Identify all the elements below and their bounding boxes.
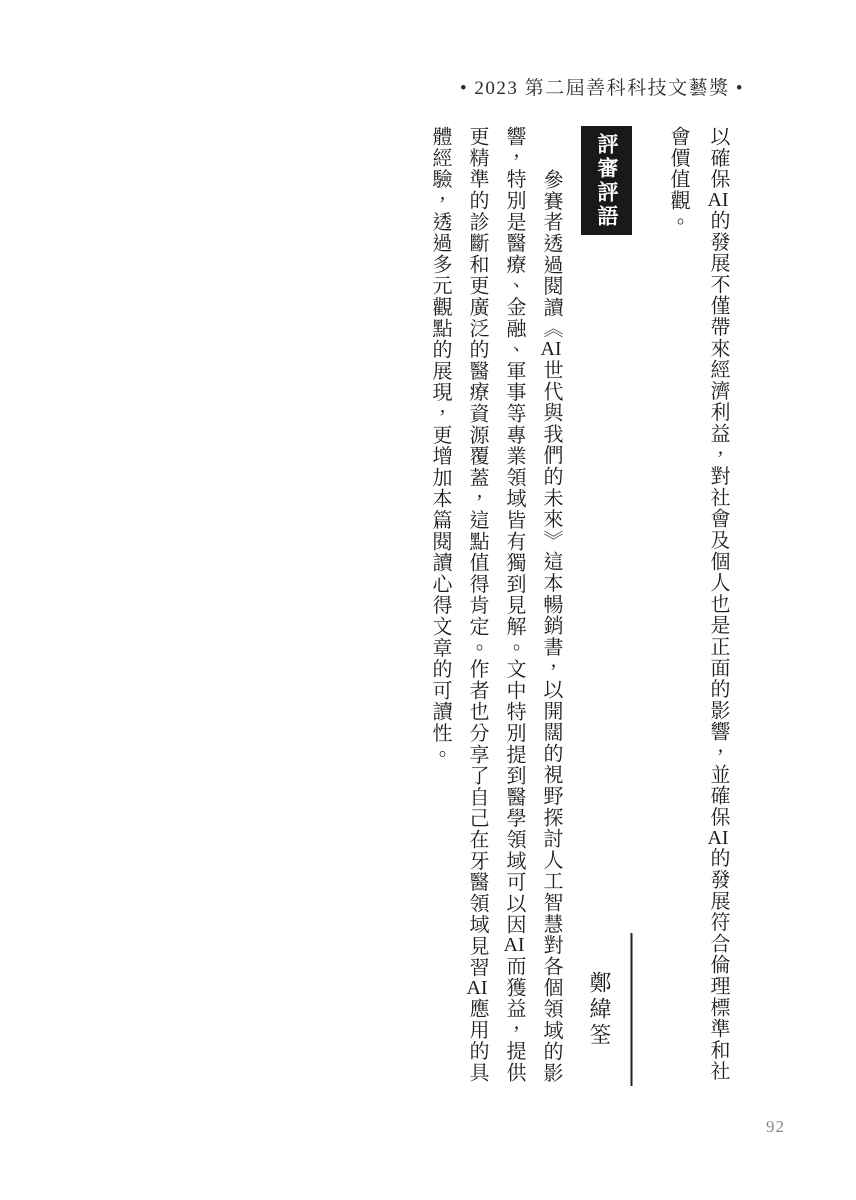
book-page: • 2023 第二屆善科科技文藝獎 • 以確保AI的發展不僅帶來經濟利益，對社會…	[0, 0, 856, 1200]
vertical-text-block: 以確保AI的發展不僅帶來經濟利益，對社會及個人也是正面的影響，並確保AI的發展符…	[421, 126, 738, 1088]
review-section-column: 評審評語 鄭緯筌	[581, 126, 632, 1088]
reviewer-name: 鄭緯筌	[581, 971, 618, 1049]
latin-run: AI	[503, 935, 525, 955]
page-number: 92	[766, 1117, 785, 1137]
latin-run: AI	[707, 190, 729, 210]
running-head: • 2023 第二屆善科科技文藝獎 •	[460, 73, 744, 100]
paragraph-conclusion: 以確保AI的發展不僅帶來經濟利益，對社會及個人也是正面的影響，並確保AI的發展符…	[658, 126, 738, 1088]
reviewer-signature: 鄭緯筌	[581, 933, 632, 1086]
paragraph-review-comment: 參賽者透過閱讀《AI世代與我們的未來》這本暢銷書，以開闊的視野探討人工智慧對各個…	[421, 126, 569, 1088]
latin-run: AI	[707, 828, 729, 848]
review-section-label: 評審評語	[581, 126, 632, 235]
latin-run: AI	[466, 978, 488, 998]
signature-dash-line	[630, 933, 632, 1086]
latin-run: AI	[540, 339, 562, 359]
